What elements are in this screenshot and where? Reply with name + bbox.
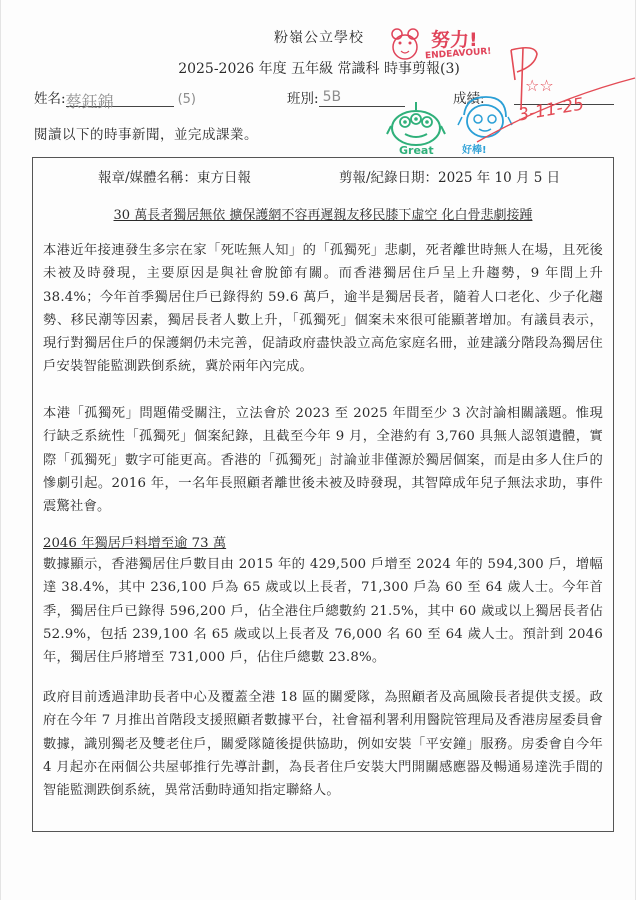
clipping-date: 剪報/紀錄日期：2025 年 10 月 5 日 — [339, 166, 560, 186]
paragraph-4: 政府目前透過津助長者中心及覆蓋全港 18 區的關愛隊，為照顧者及高風險長者提供支… — [43, 686, 603, 802]
great-stamp-text: Great — [399, 144, 434, 157]
grade-stars-handwritten: ☆☆ — [525, 76, 554, 95]
name-field: 姓名:蔡鈺錦(5) — [34, 87, 196, 107]
news-clipping-box: 報章/媒體名稱：東方日報 剪報/紀錄日期：2025 年 10 月 5 日 30 … — [32, 157, 614, 832]
paragraph-3: 數據顯示，香港獨居住戶數目由 2015 年的 429,500 戶增至 2024 … — [43, 553, 603, 669]
student-number: (5) — [178, 92, 196, 107]
hamster-icon — [389, 27, 421, 61]
paragraph-2: 本港「孤獨死」問題備受關注，立法會於 2023 至 2025 年間至少 3 次討… — [43, 402, 603, 518]
instruction-text: 閱讀以下的時事新聞，並完成課業。 — [34, 123, 258, 143]
headline-text: 30 萬長者獨居無依 擴保護網不容再遲親友移民膝下虛空 化白骨悲劇接踵 — [114, 208, 533, 223]
class-label: 班別: — [287, 91, 319, 107]
subheading: 2046 年獨居戶料增至逾 73 萬 — [43, 532, 226, 551]
news-headline: 30 萬長者獨居無依 擴保護網不容再遲親友移民膝下虛空 化白骨悲劇接踵 — [33, 204, 613, 223]
name-underline: 蔡鈺錦 — [66, 89, 174, 107]
class-handwritten: 5B — [323, 89, 342, 105]
worksheet-page: 粉嶺公立學校 2025-2026 年度 五年級 常識科 時事剪報(3) 姓名:蔡… — [0, 0, 636, 900]
alien-icon — [385, 100, 447, 148]
name-handwritten: 蔡鈺錦 — [66, 92, 114, 111]
media-source: 報章/媒體名稱：東方日報 — [98, 166, 251, 186]
alien-great-stamp: Great — [385, 100, 447, 160]
paragraph-1: 本港近年接連發生多宗在家「死咗無人知」的「孤獨死」悲劇，死者離世時無人在場，且死… — [43, 239, 603, 379]
name-label: 姓名: — [34, 91, 66, 107]
